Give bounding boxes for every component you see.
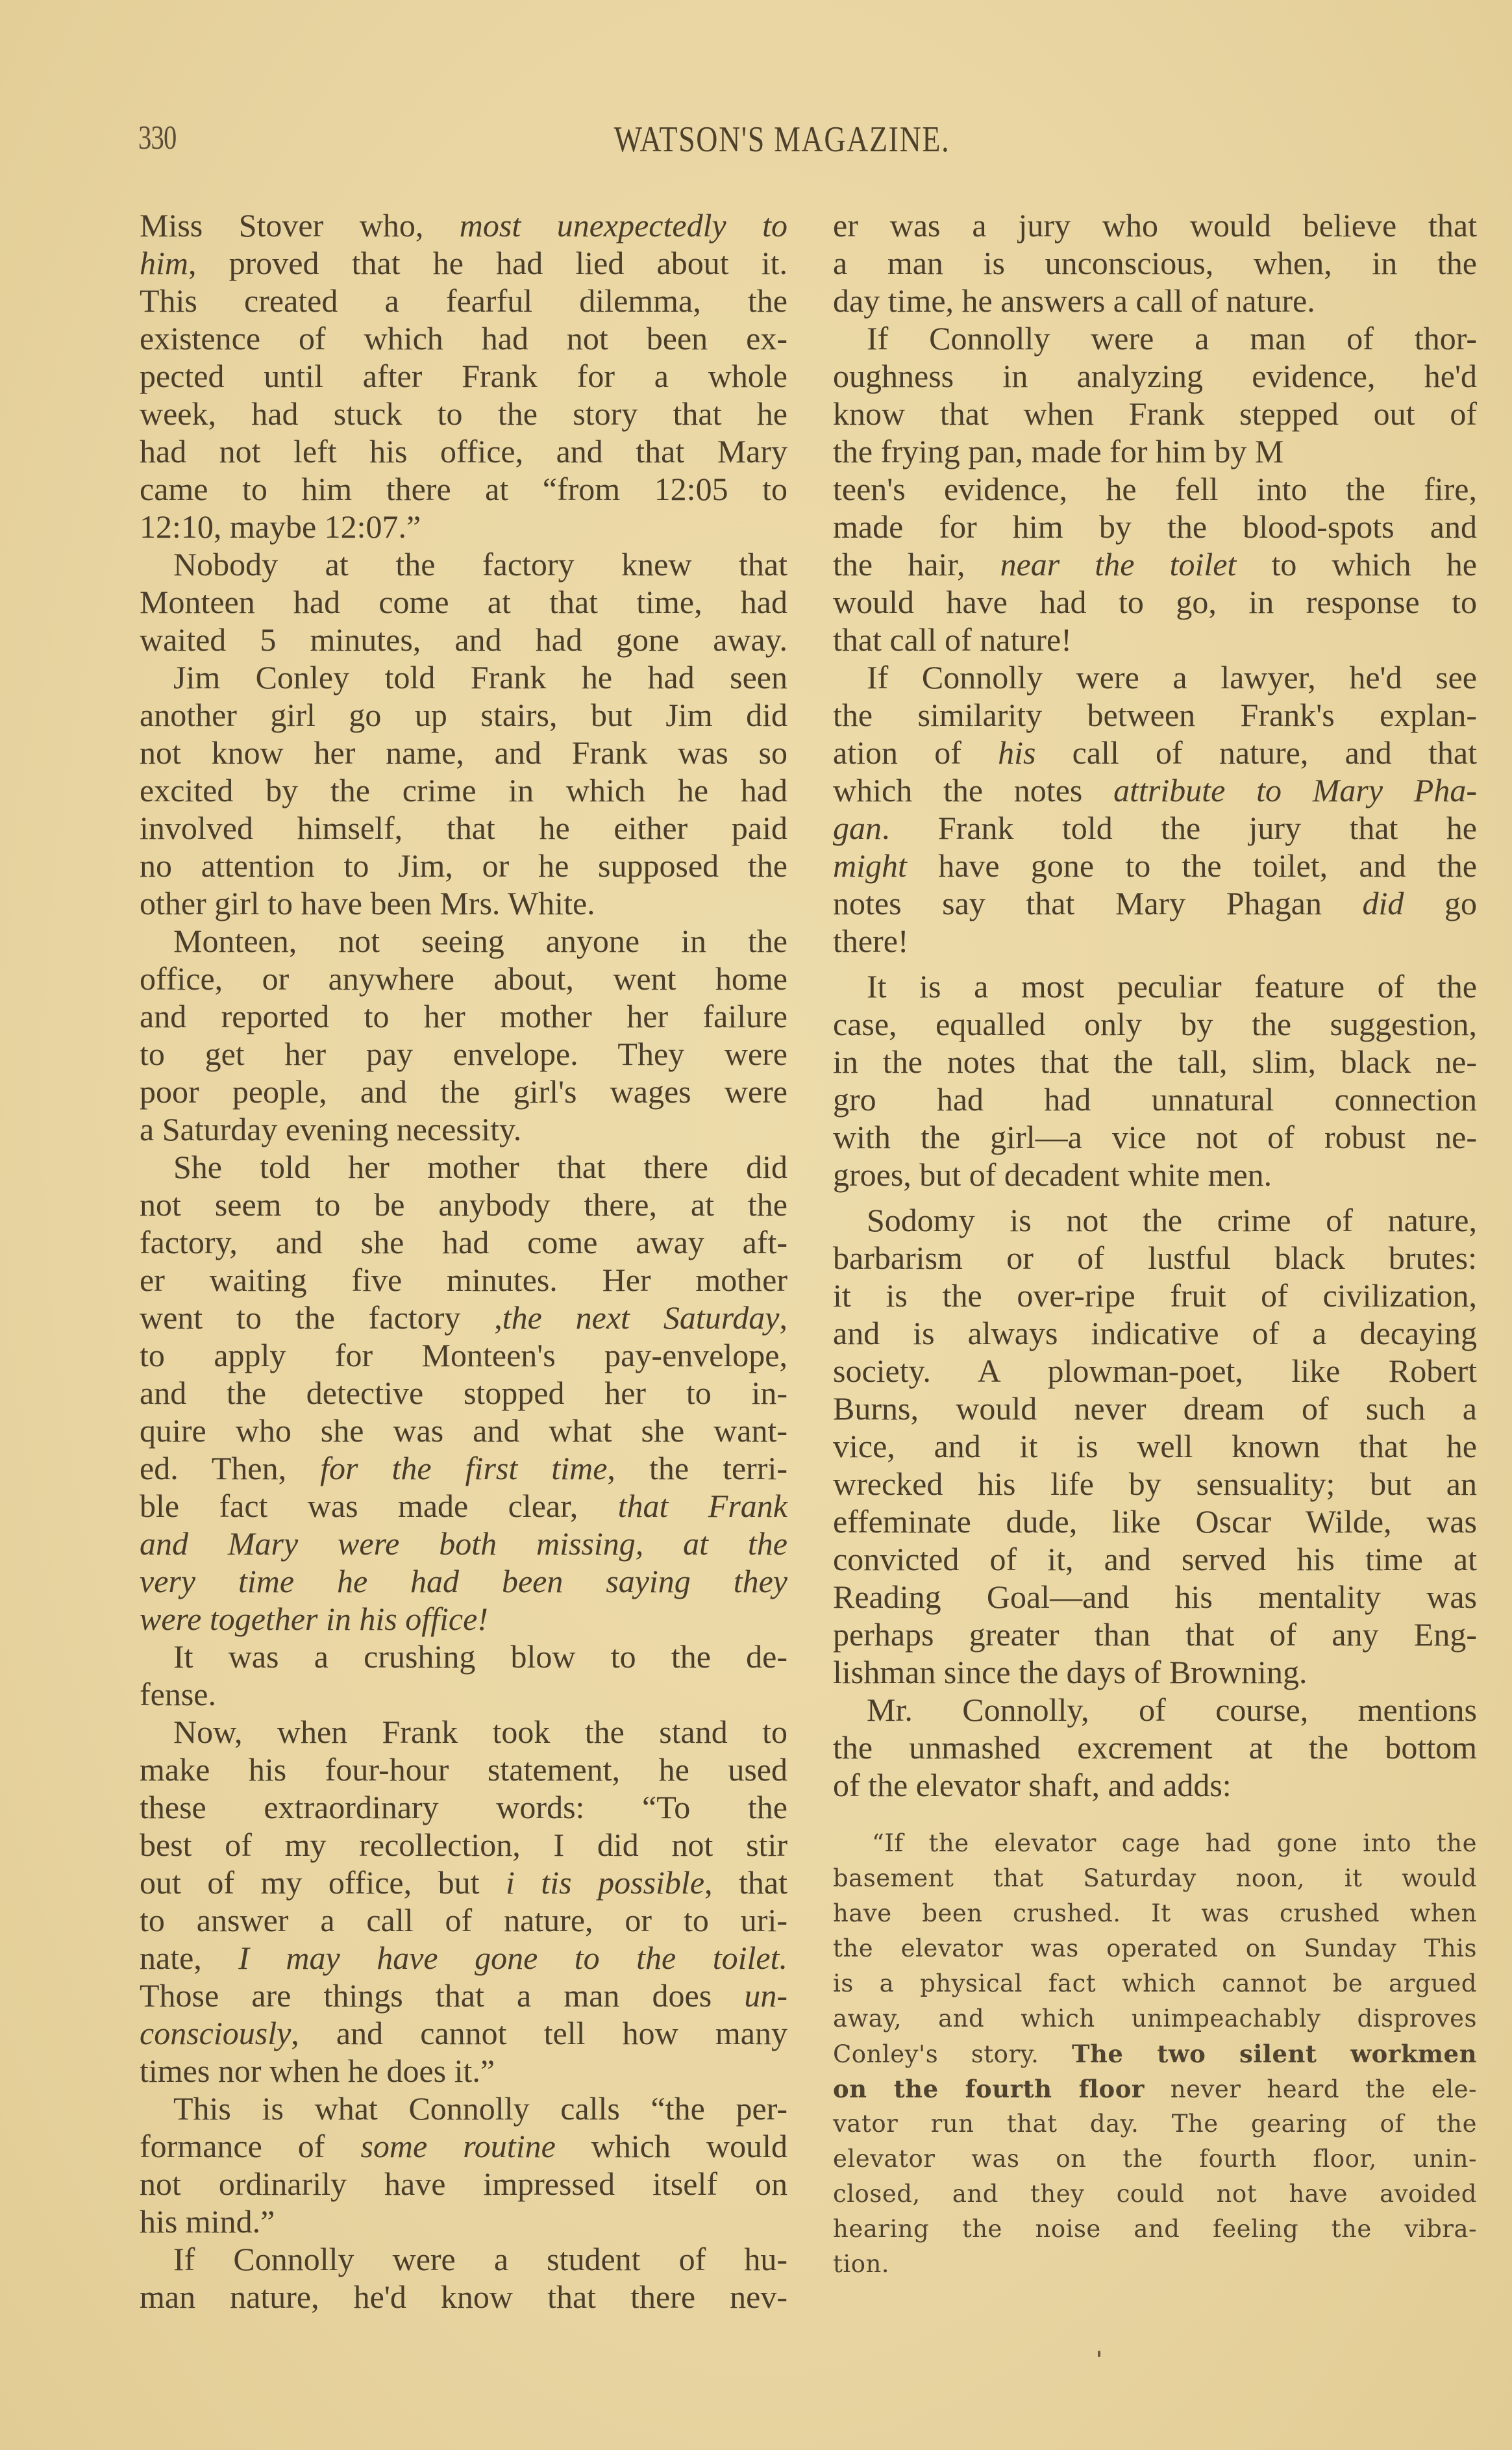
text-line: society. A plowman-poet, like Robert	[833, 1352, 1477, 1390]
text-line: involved himself, that he either paid	[140, 809, 787, 847]
text-line: poor people, and the girl's wages were	[140, 1073, 787, 1110]
text-line: to get her pay envelope. They were	[140, 1035, 787, 1073]
text-line: very time he had been saying they	[140, 1562, 787, 1600]
text-line: Monteen, not seeing anyone in the	[140, 922, 787, 960]
text-line: the similarity between Frank's explan-	[833, 696, 1477, 734]
text-line: man nature, he'd know that there nev-	[140, 2278, 787, 2316]
text-line: existence of which had not been ex-	[140, 319, 787, 357]
text-line: not know her name, and Frank was so	[140, 734, 787, 771]
text-line: not seem to be anybody there, at the	[140, 1186, 787, 1223]
text-line: vator run that day. The gearing of the	[833, 2106, 1477, 2142]
text-line: er was a jury who would believe that	[833, 206, 1477, 244]
text-line: the hair, near the toilet to which he	[833, 545, 1477, 583]
text-line: came to him there at “from 12:05 to	[140, 470, 787, 508]
text-line: of the elevator shaft, and adds:	[833, 1766, 1477, 1804]
text-line: ed. Then, for the first time, the terri-	[140, 1449, 787, 1487]
text-line: excited by the crime in which he had	[140, 771, 787, 809]
text-line: times nor when he does it.”	[140, 2052, 787, 2090]
text-line: nate, I may have gone to the toilet.	[140, 1939, 787, 1977]
text-line: perhaps greater than that of any Eng-	[833, 1616, 1477, 1653]
text-line: have been crushed. It was crushed when	[833, 1896, 1477, 1931]
text-line: not ordinarily have impressed itself on	[140, 2165, 787, 2203]
text-line: notes say that Mary Phagan did go	[833, 884, 1477, 922]
text-line: a man is unconscious, when, in the	[833, 244, 1477, 282]
text-line: Reading Goal—and his mentality was	[833, 1578, 1477, 1616]
text-line: know that when Frank stepped out of	[833, 395, 1477, 432]
text-line: groes, but of decadent white men.	[833, 1156, 1477, 1194]
text-line: Miss Stover who, most unexpectedly to	[140, 206, 787, 244]
text-line: basement that Saturday noon, it would	[833, 1861, 1477, 1896]
text-line: barbarism or of lustful black brutes:	[833, 1239, 1477, 1277]
text-line: which the notes attribute to Mary Pha-	[833, 771, 1477, 809]
text-line: his mind.”	[140, 2203, 787, 2240]
text-line: hearing the noise and feeling the vibra-	[833, 2212, 1477, 2247]
text-line: went to the factory ,the next Saturday,	[140, 1299, 787, 1336]
text-line: that call of nature!	[833, 621, 1477, 658]
text-line: Monteen had come at that time, had	[140, 583, 787, 621]
running-title: WATSON'S MAGAZINE.	[0, 119, 1512, 160]
text-line: the unmashed excrement at the bottom	[833, 1729, 1477, 1766]
text-line: “If the elevator cage had gone into the	[833, 1826, 1477, 1861]
text-line: consciously, and cannot tell how many	[140, 2014, 787, 2052]
text-line: waited 5 minutes, and had gone away.	[140, 621, 787, 658]
text-line: were together in his office!	[140, 1600, 787, 1638]
running-title-text: WATSON'S MAGAZINE.	[614, 119, 950, 160]
text-line: best of my recollection, I did not stir	[140, 1826, 787, 1864]
text-line: lishman since the days of Browning.	[833, 1653, 1477, 1691]
text-line: a Saturday evening necessity.	[140, 1110, 787, 1148]
text-line: convicted of it, and served his time at	[833, 1540, 1477, 1578]
text-line: no attention to Jim, or he supposed the	[140, 847, 787, 884]
text-line: If Connolly were a man of thor-	[833, 319, 1477, 357]
text-line: oughness in analyzing evidence, he'd	[833, 357, 1477, 395]
print-speck	[1098, 2351, 1100, 2357]
text-line: and reported to her mother her failure	[140, 997, 787, 1035]
text-line: tion.	[833, 2247, 1477, 2282]
text-line: might have gone to the toilet, and the	[833, 847, 1477, 884]
text-line: to answer a call of nature, or to uri-	[140, 1901, 787, 1939]
text-line: day time, he answers a call of nature.	[833, 282, 1477, 319]
text-line: made for him by the blood-spots and	[833, 508, 1477, 545]
text-line: quire who she was and what she want-	[140, 1412, 787, 1449]
text-line: effeminate dude, like Oscar Wilde, was	[833, 1503, 1477, 1540]
text-line: Burns, would never dream of such a	[833, 1390, 1477, 1427]
text-line: there!	[833, 922, 1477, 960]
text-line: Conley's story. The two silent workmen	[833, 2036, 1477, 2071]
text-line: Mr. Connolly, of course, mentions	[833, 1691, 1477, 1729]
text-line: Nobody at the factory knew that	[140, 545, 787, 583]
text-line: other girl to have been Mrs. White.	[140, 884, 787, 922]
text-line: fense.	[140, 1675, 787, 1713]
text-line: wrecked his life by sensuality; but an	[833, 1465, 1477, 1503]
text-line: office, or anywhere about, went home	[140, 960, 787, 997]
text-line: If Connolly were a student of hu-	[140, 2240, 787, 2278]
text-line: with the girl—a vice not of robust ne-	[833, 1118, 1477, 1156]
text-line: She told her mother that there did	[140, 1148, 787, 1186]
text-line: the elevator was operated on Sunday This	[833, 1931, 1477, 1966]
text-line: elevator was on the fourth floor, unin-	[833, 2142, 1477, 2177]
text-line: had not left his office, and that Mary	[140, 432, 787, 470]
text-line: er waiting five minutes. Her mother	[140, 1261, 787, 1299]
text-line: This is what Connolly calls “the per-	[140, 2090, 787, 2127]
text-line: the frying pan, made for him by M	[833, 432, 1477, 470]
text-line: It is a most peculiar feature of the	[833, 968, 1477, 1005]
text-line: would have had to go, in response to	[833, 583, 1477, 621]
text-line: It was a crushing blow to the de-	[140, 1638, 787, 1675]
text-line: If Connolly were a lawyer, he'd see	[833, 658, 1477, 696]
text-line: on the fourth floor never heard the ele-	[833, 2071, 1477, 2106]
text-line: another girl go up stairs, but Jim did	[140, 696, 787, 734]
text-line: teen's evidence, he fell into the fire,	[833, 470, 1477, 508]
text-line: week, had stuck to the story that he	[140, 395, 787, 432]
text-line: vice, and it is well known that he	[833, 1427, 1477, 1465]
text-line: in the notes that the tall, slim, black …	[833, 1043, 1477, 1081]
text-line: closed, and they could not have avoided	[833, 2177, 1477, 2212]
text-line: it is the over-ripe fruit of civilizatio…	[833, 1277, 1477, 1314]
text-line: Now, when Frank took the stand to	[140, 1713, 787, 1751]
text-line: these extraordinary words: “To the	[140, 1788, 787, 1826]
text-line: make his four-hour statement, he used	[140, 1751, 787, 1788]
text-line: to apply for Monteen's pay-envelope,	[140, 1336, 787, 1374]
text-line: 12:10, maybe 12:07.”	[140, 508, 787, 545]
text-line: gan. Frank told the jury that he	[833, 809, 1477, 847]
text-line: him, proved that he had lied about it.	[140, 244, 787, 282]
text-line: formance of some routine which would	[140, 2127, 787, 2165]
text-line: and the detective stopped her to in-	[140, 1374, 787, 1412]
text-line: case, equalled only by the suggestion,	[833, 1005, 1477, 1043]
text-line: factory, and she had come away aft-	[140, 1223, 787, 1261]
text-line: This created a fearful dilemma, the	[140, 282, 787, 319]
text-line: and is always indicative of a decaying	[833, 1314, 1477, 1352]
text-line: Jim Conley told Frank he had seen	[140, 658, 787, 696]
text-line: ation of his call of nature, and that	[833, 734, 1477, 771]
text-line: and Mary were both missing, at the	[140, 1525, 787, 1562]
text-line: away, and which unimpeachably disproves	[833, 2001, 1477, 2036]
text-line: Those are things that a man does un-	[140, 1977, 787, 2014]
text-line: is a physical fact which cannot be argue…	[833, 1966, 1477, 2001]
text-line: gro had had unnatural connection	[833, 1081, 1477, 1118]
text-line: Sodomy is not the crime of nature,	[833, 1201, 1477, 1239]
text-line: out of my office, but i tis possible, th…	[140, 1864, 787, 1901]
text-line: ble fact was made clear, that Frank	[140, 1487, 787, 1525]
text-line: pected until after Frank for a whole	[140, 357, 787, 395]
